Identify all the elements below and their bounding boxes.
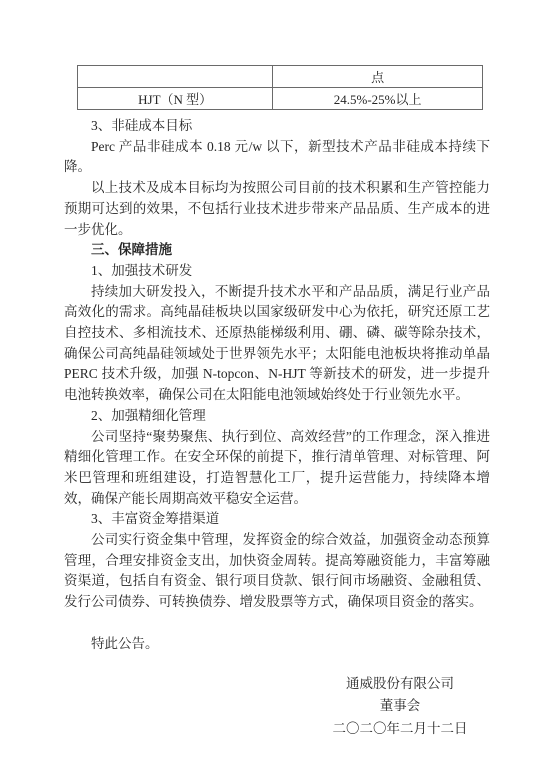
table-cell-hjt-type: HJT（N 型） bbox=[78, 88, 273, 110]
paragraph-management: 公司坚持“聚势聚焦、执行到位、高效经营”的工作理念，深入推进精细化管理工作。在安… bbox=[64, 427, 490, 510]
signature-block: 通威股份有限公司 董事会 二〇二〇年二月十二日 bbox=[320, 673, 480, 741]
heading-cost-target: 3、非硅成本目标 bbox=[64, 116, 490, 137]
signature-date: 二〇二〇年二月十二日 bbox=[333, 718, 468, 741]
signature-company: 通威股份有限公司 bbox=[346, 673, 454, 696]
table-row: 点 bbox=[78, 66, 483, 88]
paragraph-rd: 持续加大研发投入，不断提升技术水平和产品品质，满足行业产品高效化的需求。高纯晶硅… bbox=[64, 282, 490, 406]
paragraph-funding: 公司实行资金集中管理，发挥资金的综合效益，加强资金动态预算管理，合理安排资金支出… bbox=[64, 530, 490, 613]
heading-safeguard-measures: 三、保障措施 bbox=[64, 240, 490, 261]
efficiency-target-table: 点 HJT（N 型） 24.5%-25%以上 bbox=[77, 65, 483, 110]
heading-funding-channels: 3、丰富资金筹措渠道 bbox=[64, 509, 490, 530]
table-row: HJT（N 型） 24.5%-25%以上 bbox=[78, 88, 483, 110]
heading-refined-management: 2、加强精细化管理 bbox=[64, 406, 490, 427]
paragraph-perc-cost: Perc 产品非硅成本 0.18 元/w 以下，新型技术产品非硅成本持续下降。 bbox=[64, 137, 490, 178]
paragraph-target-caveat: 以上技术及成本目标均为按照公司目前的技术积累和生产管控能力预期可达到的效果，不包… bbox=[64, 178, 490, 240]
table-cell-hjt-target: 24.5%-25%以上 bbox=[273, 88, 483, 110]
heading-strengthen-rd: 1、加强技术研发 bbox=[64, 261, 490, 282]
closing-text: 特此公告。 bbox=[64, 634, 490, 655]
announcement-page: 点 HJT（N 型） 24.5%-25%以上 3、非硅成本目标 Perc 产品非… bbox=[0, 0, 554, 783]
signature-board: 董事会 bbox=[380, 695, 421, 718]
table-cell-empty bbox=[78, 66, 273, 88]
announcement-body: 3、非硅成本目标 Perc 产品非硅成本 0.18 元/w 以下，新型技术产品非… bbox=[64, 116, 490, 655]
table-cell-header-fragment: 点 bbox=[273, 66, 483, 88]
